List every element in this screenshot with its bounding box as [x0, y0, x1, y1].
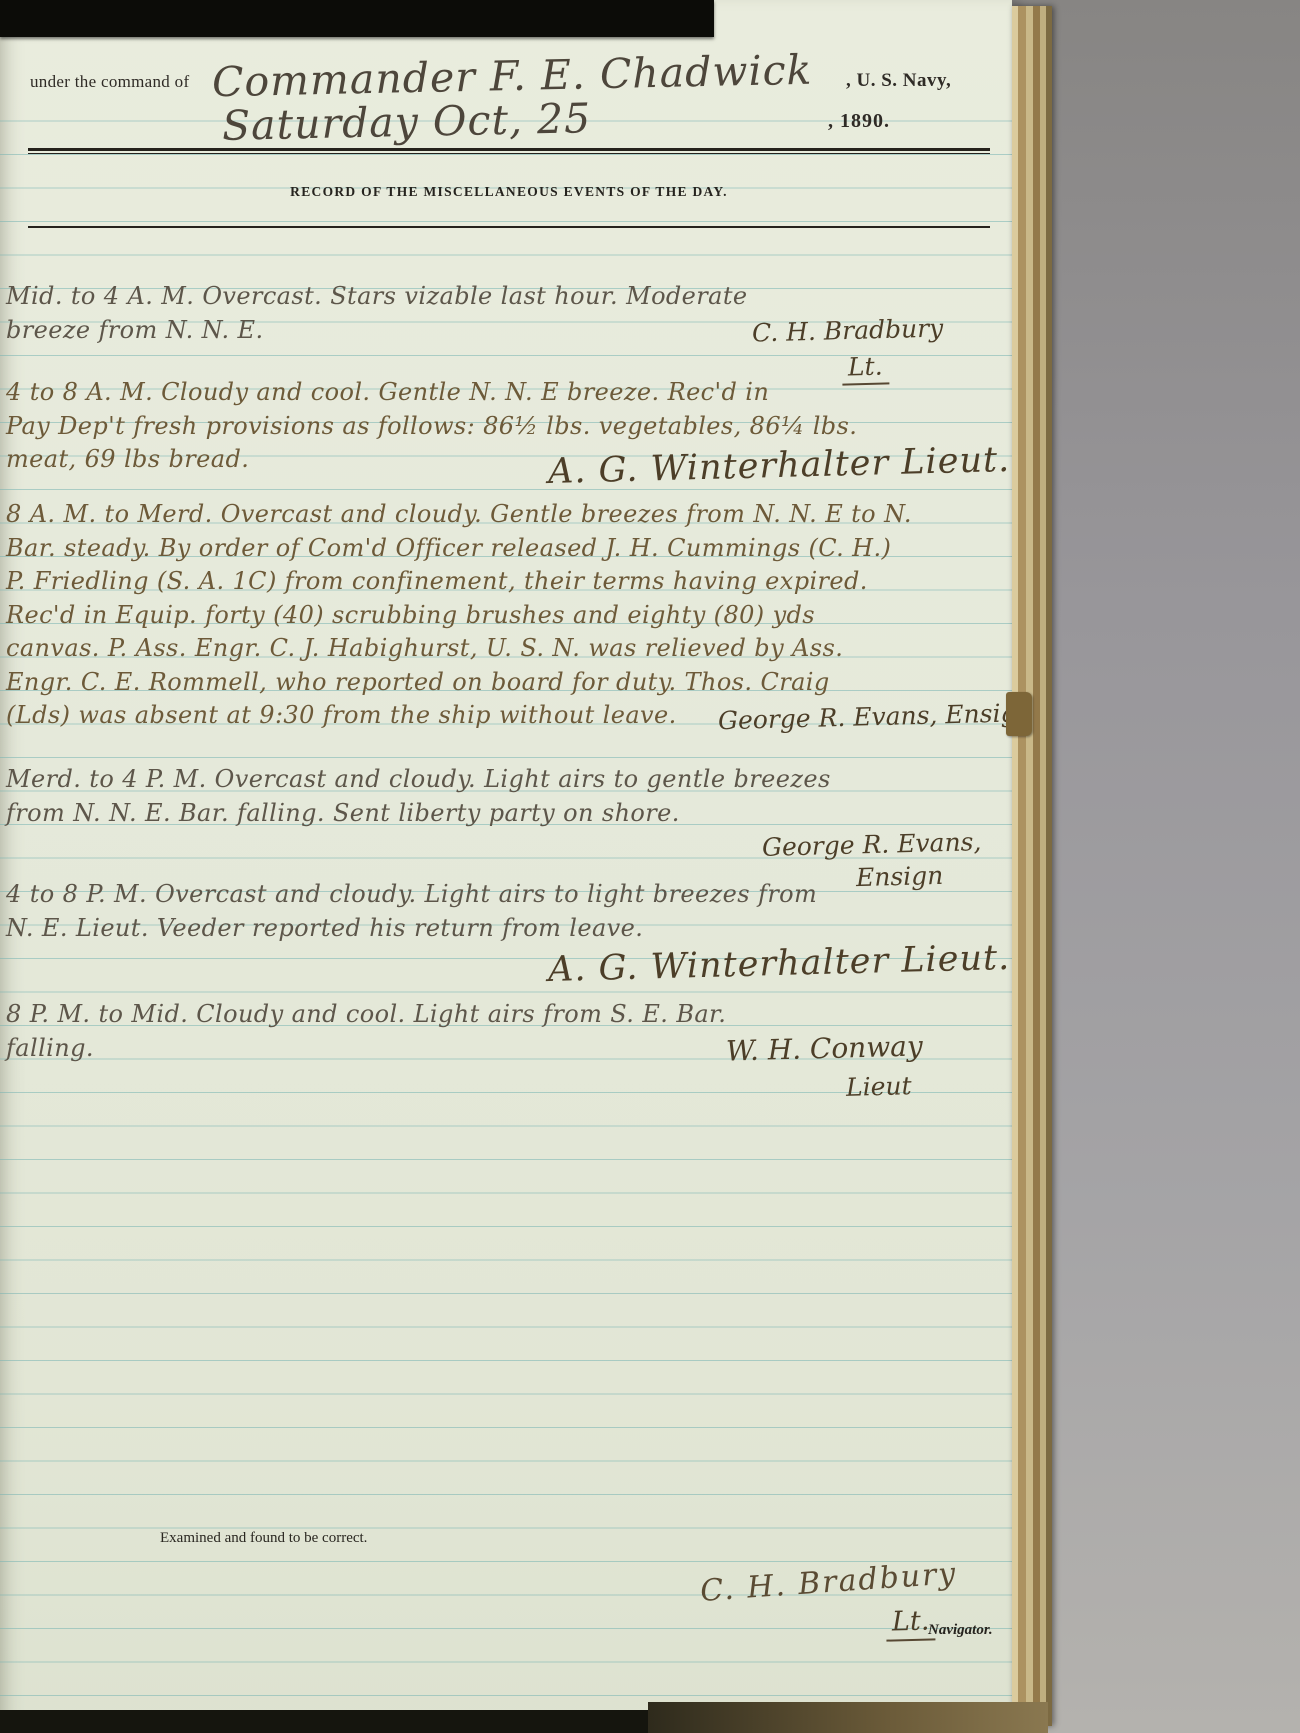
scan-black-band-top: [0, 0, 714, 37]
entry-line: Merd. to 4 P. M. Overcast and cloudy. Li…: [6, 763, 1006, 797]
navigator-label: Navigator.: [928, 1622, 993, 1639]
examined-statement: Examined and found to be correct.: [160, 1530, 367, 1547]
signature-evans-2: George R. Evans,: [762, 827, 982, 862]
section-title: RECORD OF THE MISCELLANEOUS EVENTS OF TH…: [28, 184, 990, 200]
scan-black-band-bottom: [0, 1710, 648, 1733]
entry-line: 4 to 8 P. M. Overcast and cloudy. Light …: [6, 878, 1006, 912]
entry-line: from N. N. E. Bar. falling. Sent liberty…: [6, 797, 1006, 831]
handwritten-day-date: Saturday Oct, 25: [222, 94, 592, 150]
double-rule-divider: [28, 148, 990, 154]
entry-line: canvas. P. Ass. Engr. C. J. Habighurst, …: [6, 632, 1006, 666]
entry-line: 8 P. M. to Mid. Cloudy and cool. Light a…: [6, 998, 1006, 1032]
entry-line: N. E. Lieut. Veeder reported his return …: [6, 912, 1006, 946]
printed-navy-suffix: , U. S. Navy,: [846, 70, 951, 92]
entry-line: Mid. to 4 A. M. Overcast. Stars vizable …: [6, 280, 1006, 314]
page-edge-tab: [1006, 692, 1032, 736]
signature-conway-rank: Lieut: [846, 1071, 912, 1102]
entry-line: 8 A. M. to Merd. Overcast and cloudy. Ge…: [6, 498, 1006, 532]
entry-line: Bar. steady. By order of Com'd Officer r…: [6, 532, 1006, 566]
logbook-page: under the command of Commander F. E. Cha…: [0, 0, 1012, 1733]
scanned-logbook-photo: under the command of Commander F. E. Cha…: [0, 0, 1300, 1733]
log-entry-4-to-8pm: 4 to 8 P. M. Overcast and cloudy. Light …: [6, 878, 1006, 945]
signature-conway: W. H. Conway: [726, 1029, 923, 1067]
entry-line: 4 to 8 A. M. Cloudy and cool. Gentle N. …: [6, 376, 1006, 410]
page-bottom-edge: [648, 1702, 1048, 1733]
single-rule-divider: [28, 226, 990, 228]
printed-year: , 1890.: [828, 110, 890, 133]
entry-line: P. Friedling (S. A. 1C) from confinement…: [6, 565, 1006, 599]
entry-line: Engr. C. E. Rommell, who reported on boa…: [6, 666, 1006, 700]
page-stack-edge: [1012, 6, 1052, 1726]
signature-bradbury: C. H. Bradbury: [752, 314, 944, 348]
printed-command-prefix: under the command of: [30, 72, 189, 92]
log-entry-merd-to-4pm: Merd. to 4 P. M. Overcast and cloudy. Li…: [6, 763, 1006, 830]
entry-line: Pay Dep't fresh provisions as follows: 8…: [6, 410, 1006, 444]
log-entry-8am-to-merd: 8 A. M. to Merd. Overcast and cloudy. Ge…: [6, 498, 1006, 733]
entry-line: Rec'd in Equip. forty (40) scrubbing bru…: [6, 599, 1006, 633]
